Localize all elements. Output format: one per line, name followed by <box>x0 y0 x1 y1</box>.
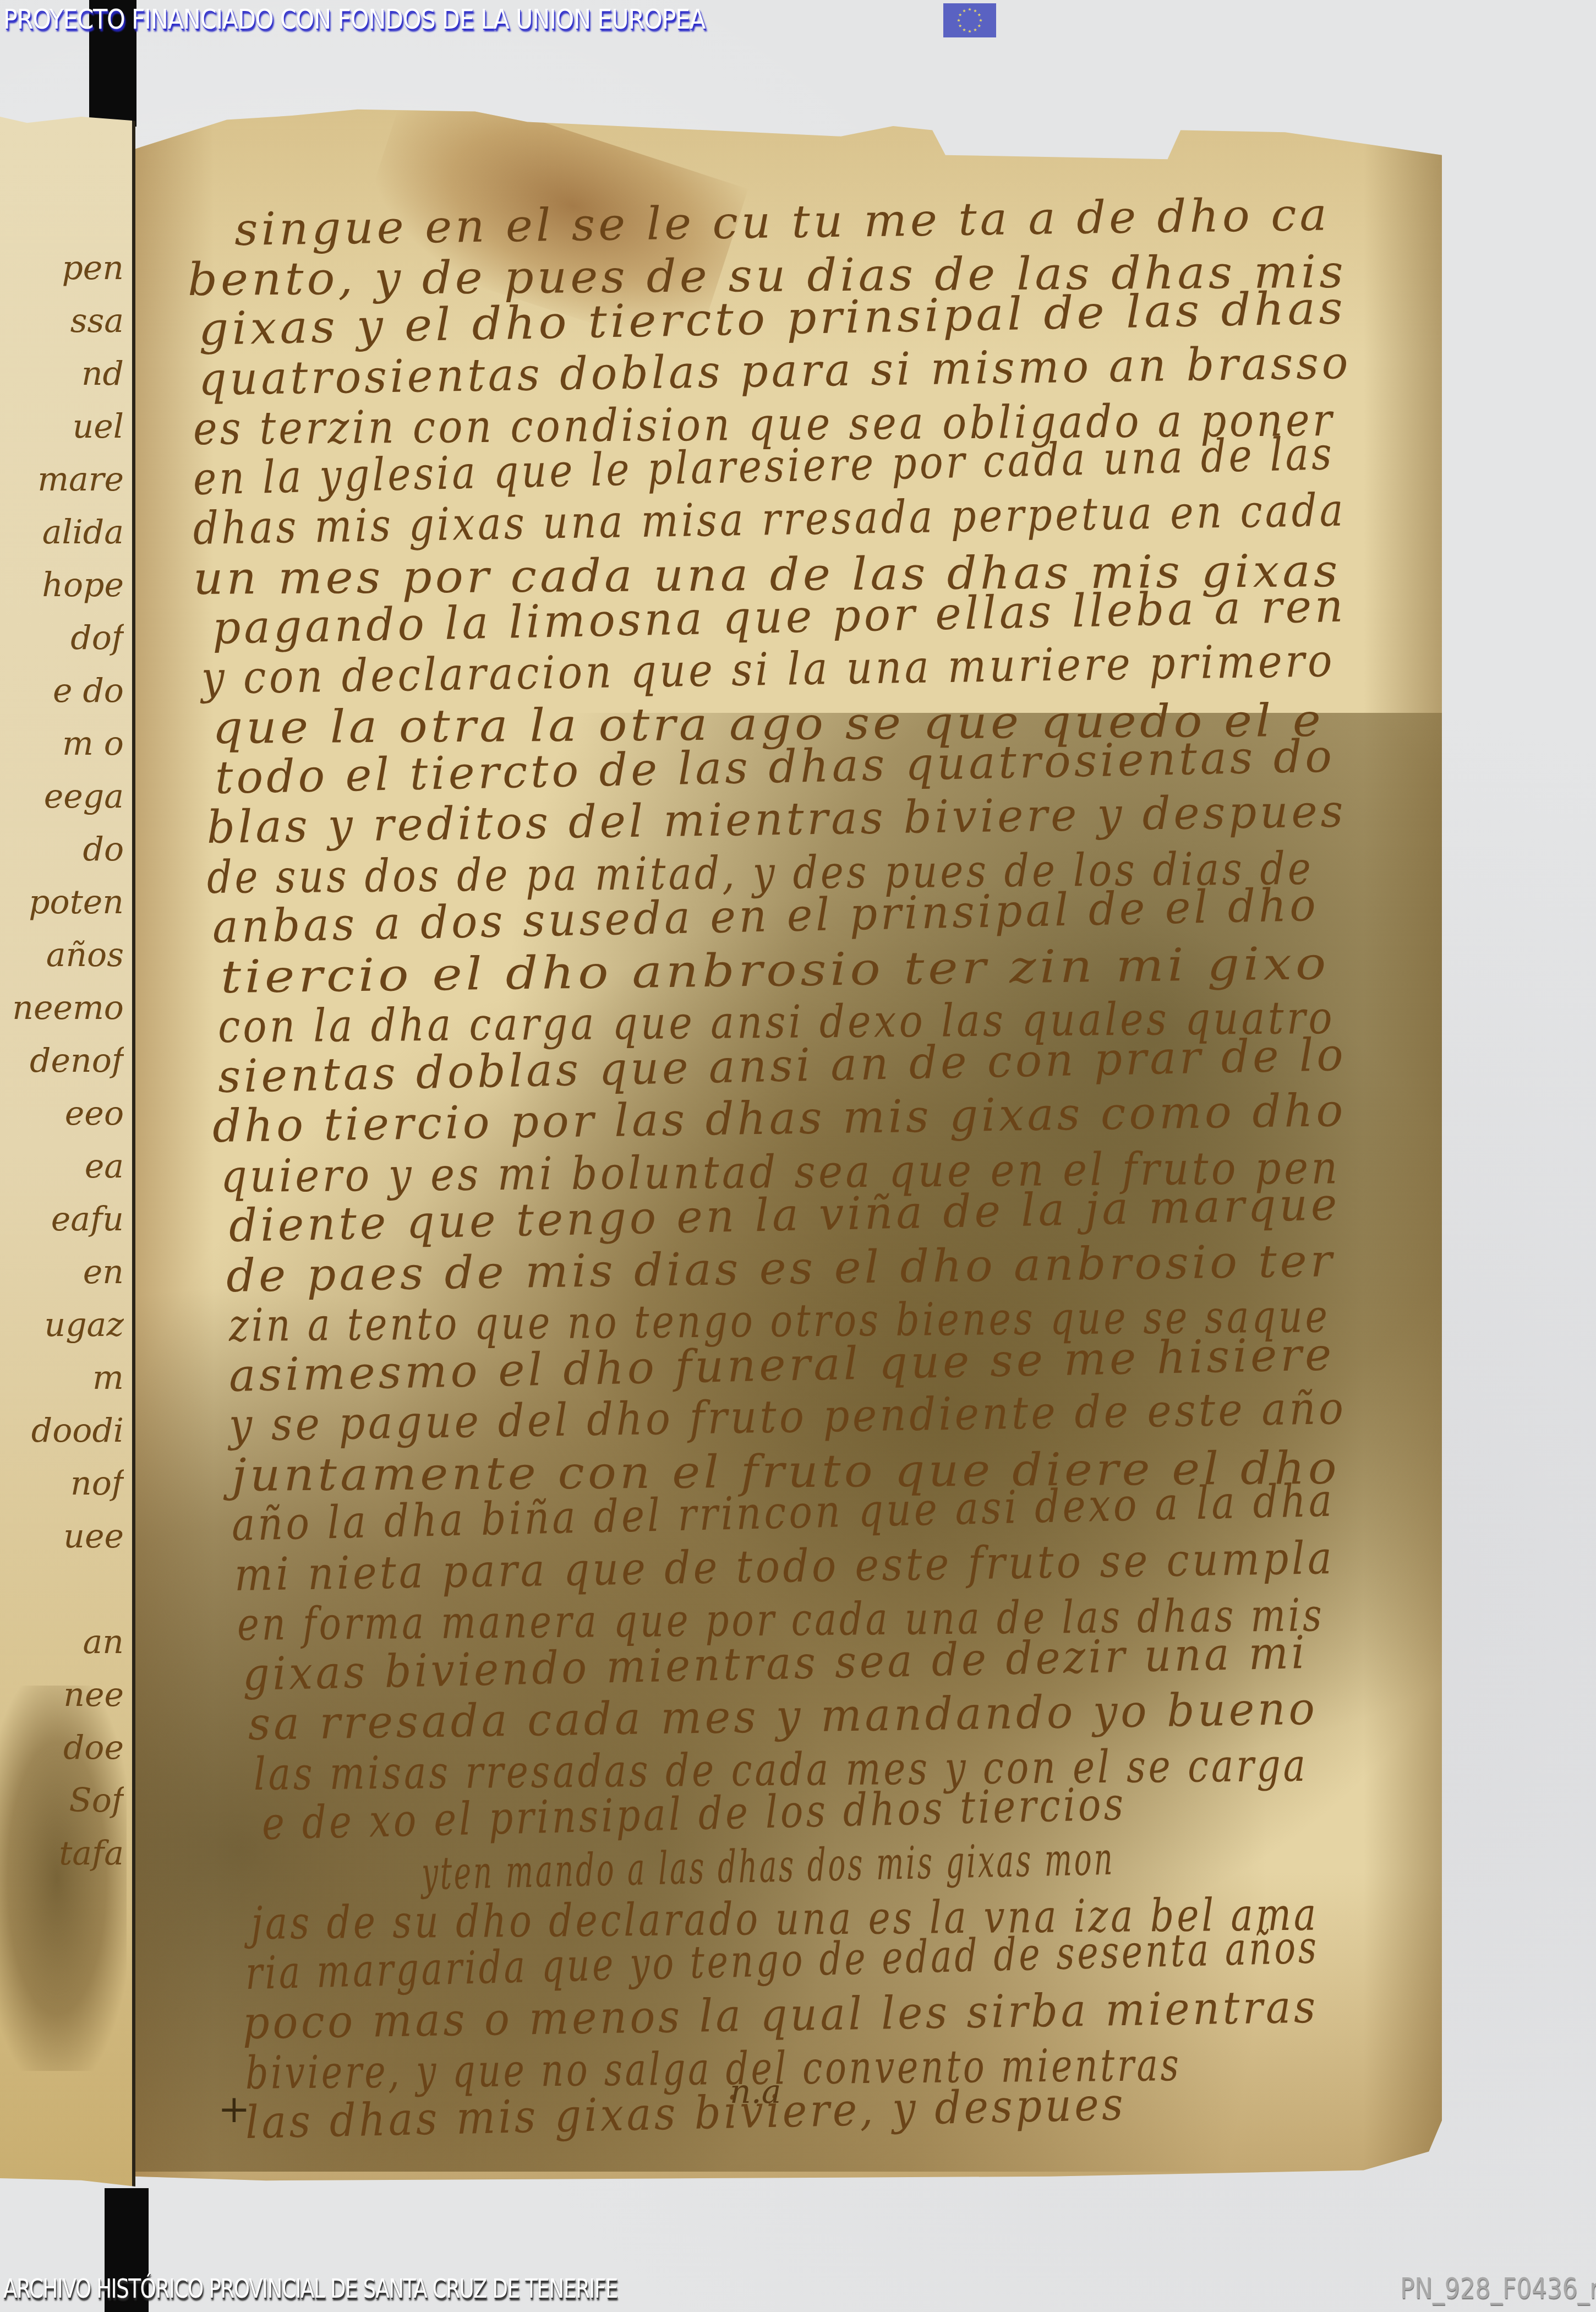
left-page-line: años <box>0 936 124 974</box>
left-page-line: ugaz <box>0 1306 124 1344</box>
left-page-line: alida <box>0 513 124 552</box>
eu-star-icon <box>977 24 981 28</box>
left-page-line: eeo <box>0 1094 124 1133</box>
left-page-line: pen <box>0 249 124 287</box>
eu-star-icon <box>957 19 960 22</box>
eu-star-icon <box>974 9 977 12</box>
left-facing-page: penssanduelmarealidahopedofe dom oeegado… <box>0 117 135 2186</box>
bottom-flourish-mark: n.a <box>730 2073 781 2111</box>
left-page-line: uee <box>0 1517 124 1556</box>
left-page-line: ea <box>0 1147 124 1186</box>
left-page-line: hope <box>0 566 124 604</box>
eu-star-icon <box>963 28 966 31</box>
manuscript-page: singue en el se le cu tu me ta a de dho … <box>135 107 1442 2183</box>
eu-star-icon <box>959 13 962 17</box>
eu-star-icon <box>979 19 982 22</box>
eu-star-icon <box>977 13 981 17</box>
archive-name: ARCHIVO HISTÓRICO PROVINCIAL DE SANTA CR… <box>3 2272 617 2305</box>
left-page-line: dof <box>0 619 124 657</box>
left-page-line: do <box>0 830 124 869</box>
eu-star-icon <box>963 9 966 12</box>
left-page-line: uel <box>0 407 124 446</box>
left-page-line: nee <box>0 1676 124 1714</box>
eu-star-icon <box>968 30 971 33</box>
left-page-line: mare <box>0 460 124 499</box>
left-page-line: tafa <box>0 1834 124 1873</box>
left-page-line: Sof <box>0 1781 124 1820</box>
document-code: PN_928_F0436_r <box>1400 2272 1596 2305</box>
left-page-line: an <box>0 1623 124 1661</box>
left-page-line: m <box>0 1359 124 1397</box>
eu-star-icon <box>959 24 962 28</box>
left-page-line: eafu <box>0 1200 124 1239</box>
eu-flag-icon <box>943 3 996 37</box>
left-page-line: en <box>0 1253 124 1291</box>
left-page-line: m o <box>0 724 124 763</box>
eu-stars-icon <box>943 3 996 37</box>
funding-banner-title: PROYECTO FINANCIADO CON FONDOS DE LA UNI… <box>3 1 705 37</box>
left-page-line: poten <box>0 883 124 921</box>
left-page-line: doe <box>0 1728 124 1767</box>
left-page-line: eega <box>0 777 124 816</box>
left-page-line: nd <box>0 355 124 393</box>
left-page-line: denof <box>0 1042 124 1080</box>
marginal-cross-mark: + <box>218 2086 250 2131</box>
eu-star-icon <box>974 28 977 31</box>
left-page-line: doodi <box>0 1411 124 1450</box>
left-page-line: e do <box>0 672 124 710</box>
left-page-line: neemo <box>0 989 124 1027</box>
eu-star-icon <box>968 8 971 11</box>
left-page-line: nof <box>0 1464 124 1503</box>
left-page-line: ssa <box>0 302 124 340</box>
